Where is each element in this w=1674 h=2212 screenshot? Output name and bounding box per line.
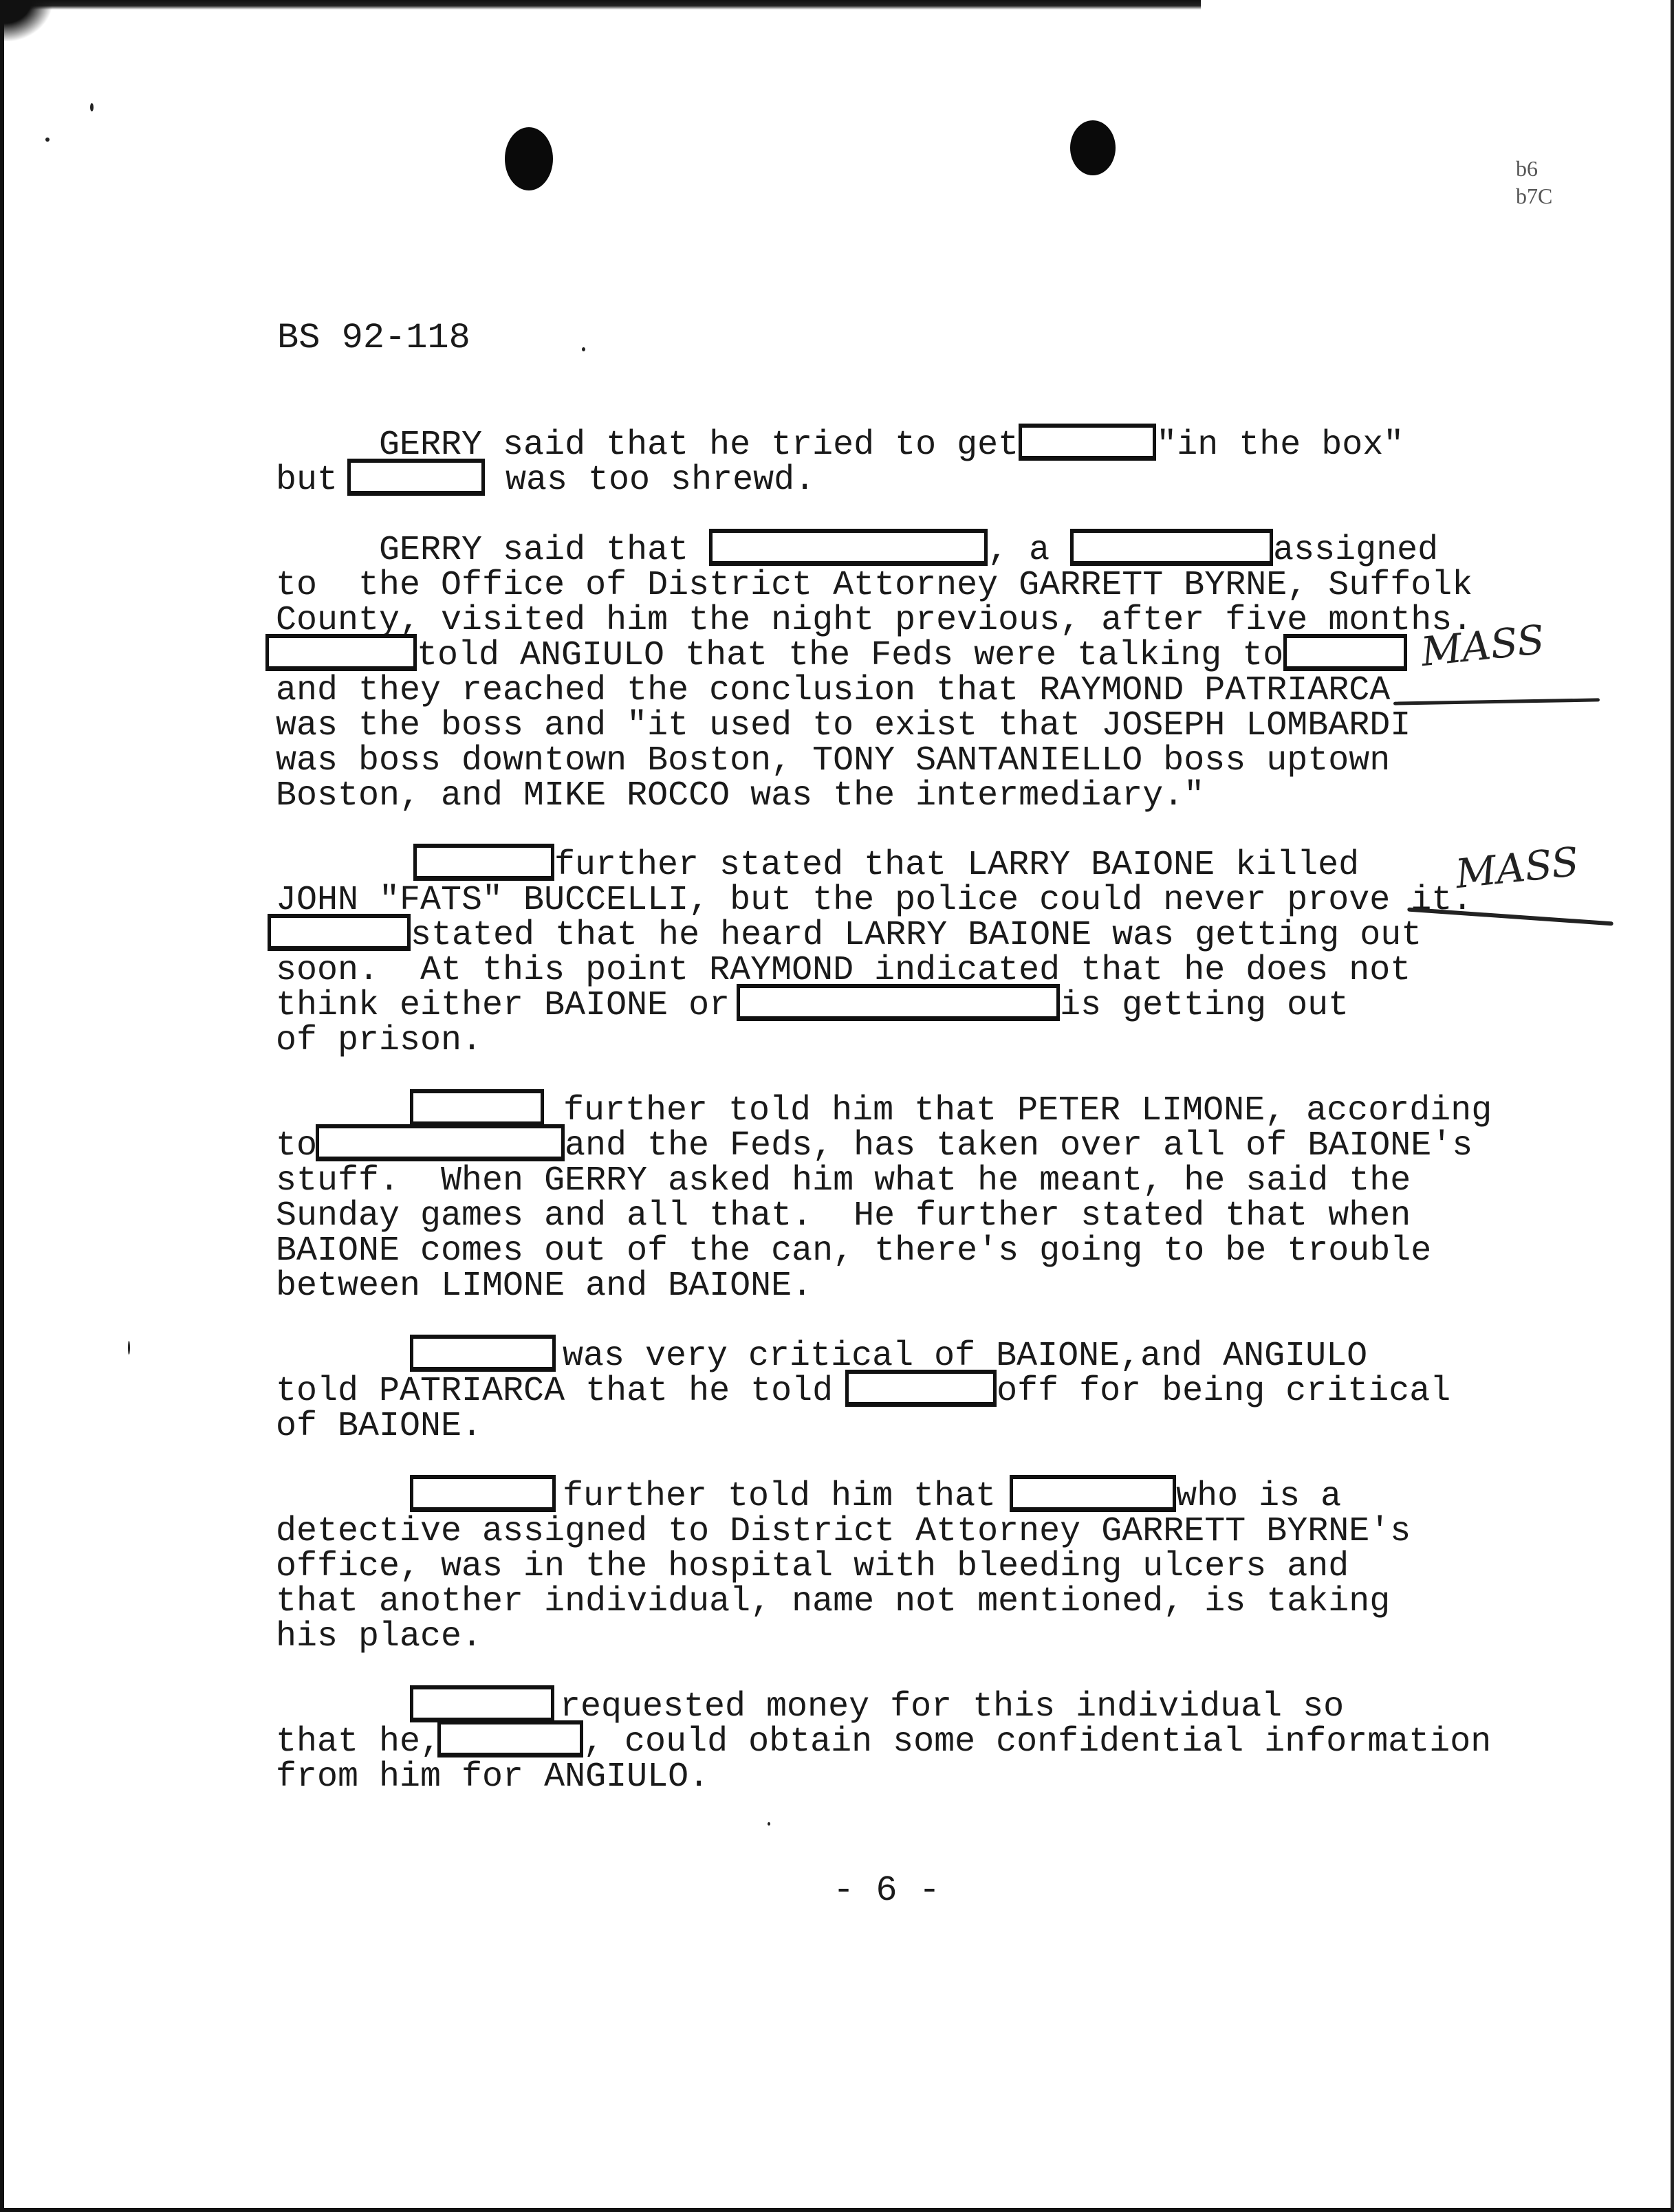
redaction-box xyxy=(1283,634,1407,671)
text-line: was boss downtown Boston, TONY SANTANIEL… xyxy=(276,743,1390,778)
text: to xyxy=(276,1126,317,1165)
text: further told him that xyxy=(563,1477,996,1516)
text: off for being critical xyxy=(997,1372,1450,1411)
document-page: b6 b7C BS 92-118 GERRY said that he trie… xyxy=(0,0,1674,2212)
handwritten-underline xyxy=(1393,698,1600,705)
scan-speck xyxy=(128,1341,130,1355)
text-line: further stated that LARRY BAIONE killed xyxy=(276,848,1359,883)
text-line: was the boss and "it used to exist that … xyxy=(276,708,1411,743)
exemption-codes: b6 b7C xyxy=(1516,155,1552,210)
text-line: JOHN "FATS" BUCCELLI, but the police cou… xyxy=(276,883,1472,918)
redaction-box xyxy=(437,1720,583,1757)
redaction-box xyxy=(410,1089,544,1126)
text: stated that he heard LARRY BAIONE was ge… xyxy=(411,916,1422,955)
text-line: Sunday games and all that. He further st… xyxy=(276,1198,1411,1234)
text: , a xyxy=(988,531,1050,570)
redaction-box xyxy=(1019,424,1156,461)
text-line: further told him that PETER LIMONE, acco… xyxy=(276,1093,1492,1128)
punch-hole-right xyxy=(1070,120,1116,175)
text: and the Feds, has taken over all of BAIO… xyxy=(565,1126,1472,1165)
file-number: BS 92-118 xyxy=(277,318,470,358)
text-line: GERRY said that he tried to get"in the b… xyxy=(276,428,1404,463)
text: further told him that PETER LIMONE, acco… xyxy=(563,1091,1492,1130)
text: told ANGIULO that the Feds were talking … xyxy=(417,636,1283,675)
redaction-box xyxy=(316,1124,565,1161)
scan-speck xyxy=(90,103,94,111)
exemption-code: b7C xyxy=(1516,182,1552,210)
redaction-box xyxy=(1010,1475,1176,1512)
text: , could obtain some confidential informa… xyxy=(583,1722,1491,1762)
text-line: toand the Feds, has taken over all of BA… xyxy=(276,1128,1472,1163)
text-line: further told him thatwho is a xyxy=(276,1479,1341,1514)
text-line: between LIMONE and BAIONE. xyxy=(276,1269,812,1304)
text: who is a xyxy=(1176,1477,1341,1516)
text: think either BAIONE or xyxy=(276,986,730,1025)
scan-speck xyxy=(45,138,50,142)
text-line: from him for ANGIULO. xyxy=(276,1760,709,1795)
text-line: but was too shrewd. xyxy=(276,463,815,498)
scan-speck xyxy=(582,347,585,351)
text: requested money for this individual so xyxy=(560,1687,1344,1727)
redaction-box xyxy=(709,529,988,566)
redaction-box xyxy=(410,1685,554,1722)
text-line: of BAIONE. xyxy=(276,1409,482,1444)
text: that he, xyxy=(276,1722,441,1762)
punch-hole-left xyxy=(505,127,553,190)
text-line: and they reached the conclusion that RAY… xyxy=(276,673,1390,708)
redaction-box xyxy=(410,1475,556,1512)
page-number: - 6 - xyxy=(833,1870,940,1911)
text-line: soon. At this point RAYMOND indicated th… xyxy=(276,953,1411,988)
text: told PATRIARCA that he told xyxy=(276,1372,833,1411)
text: "in the box" xyxy=(1156,426,1404,465)
text: but xyxy=(276,461,338,500)
text-line: County, visited him the night previous, … xyxy=(276,603,1472,638)
redaction-box xyxy=(413,844,554,881)
text-line: was very critical of BAIONE,and ANGIULO xyxy=(276,1339,1367,1374)
text-line: stated that he heard LARRY BAIONE was ge… xyxy=(276,918,1422,953)
text-line: to the Office of District Attorney GARRE… xyxy=(276,568,1472,603)
text: is getting out xyxy=(1060,986,1349,1025)
text-line: BAIONE comes out of the can, there's goi… xyxy=(276,1234,1431,1269)
text-line: requested money for this individual so xyxy=(276,1689,1344,1724)
redaction-box xyxy=(845,1370,997,1407)
text-line: GERRY said that, aassigned xyxy=(276,533,1438,568)
text-line: Boston, and MIKE ROCCO was the intermedi… xyxy=(276,778,1204,813)
text-line: think either BAIONE oris getting out xyxy=(276,988,1349,1023)
text: assigned xyxy=(1273,531,1438,570)
text: GERRY said that xyxy=(276,531,688,570)
redaction-box xyxy=(410,1335,556,1372)
text-line: office, was in the hospital with bleedin… xyxy=(276,1549,1349,1584)
scan-corner-shadow xyxy=(4,0,52,41)
text: was too shrewd. xyxy=(485,461,815,500)
text: further stated that LARRY BAIONE killed xyxy=(554,846,1359,885)
text-line: his place. xyxy=(276,1619,482,1654)
scan-top-edge xyxy=(4,0,1201,10)
text-line: of prison. xyxy=(276,1023,482,1058)
scan-speck xyxy=(768,1822,770,1826)
redaction-box xyxy=(265,634,417,671)
text-line: told ANGIULO that the Feds were talking … xyxy=(276,638,1407,673)
redaction-box xyxy=(347,459,485,496)
text-line: stuff. When GERRY asked him what he mean… xyxy=(276,1163,1411,1198)
handwritten-note: MASS xyxy=(1453,838,1581,897)
text-line: detective assigned to District Attorney … xyxy=(276,1514,1411,1549)
redaction-box xyxy=(1070,529,1273,566)
redaction-box xyxy=(268,914,411,951)
text-line: that another individual, name not mentio… xyxy=(276,1584,1390,1619)
text-line: told PATRIARCA that he toldoff for being… xyxy=(276,1374,1450,1409)
redaction-box xyxy=(737,984,1060,1021)
exemption-code: b6 xyxy=(1516,155,1552,182)
text-line: that he,, could obtain some confidential… xyxy=(276,1724,1491,1760)
